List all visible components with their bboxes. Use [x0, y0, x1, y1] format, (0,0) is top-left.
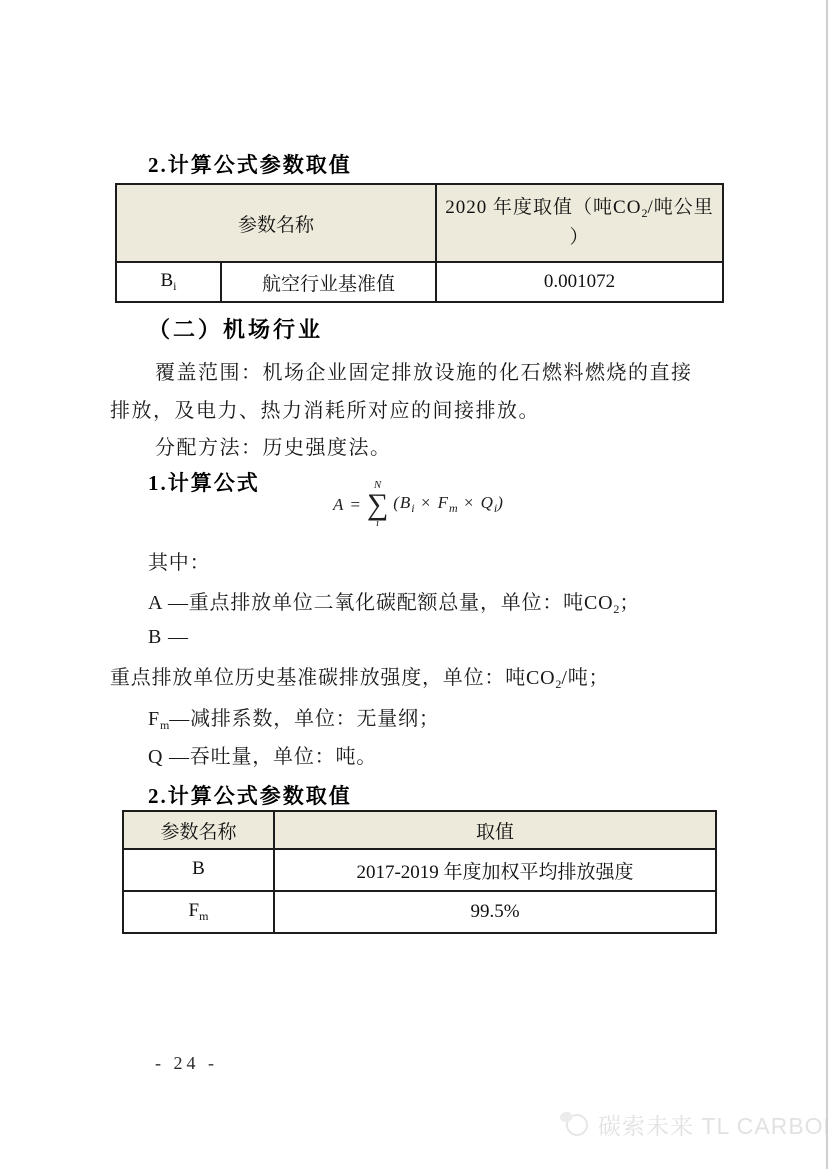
table-header-param-name: 参数名称 — [116, 184, 436, 262]
table-header-2020-value: 2020 年度取值（吨CO2/吨公里 ） — [436, 184, 723, 262]
allocation-method-line: 分配方法：历史强度法。 — [155, 431, 392, 460]
header-value-line1: 2020 年度取值（吨CO2/吨公里 — [441, 193, 718, 223]
allocation-formula: A = N ∑ i (Bi × Fm × Qi) — [115, 480, 722, 529]
definition-b-lead: B — — [148, 626, 189, 649]
section-heading-airport: （二）机场行业 — [148, 313, 323, 344]
page-number: - 24 - — [155, 1053, 218, 1074]
summation-symbol: N ∑ i — [367, 480, 388, 529]
section-heading-params-airport: 2.计算公式参数取值 — [148, 780, 352, 810]
coverage-scope-line2: 排放，及电力、热力消耗所对应的间接排放。 — [110, 394, 540, 423]
coverage-scope-line1: 覆盖范围：机场企业固定排放设施的化石燃料燃烧的直接 — [155, 356, 693, 385]
table-row: Fm 99.5% — [123, 891, 716, 933]
document-page: 2.计算公式参数取值 参数名称 2020 年度取值（吨CO2/吨公里 ） Bi … — [0, 0, 828, 1169]
brand-name: 碳索未来 TL CARBON — [598, 1108, 828, 1141]
table-header-row: 参数名称 2020 年度取值（吨CO2/吨公里 ） — [116, 184, 723, 262]
param-symbol-cell: Fm — [123, 891, 274, 933]
param-name-cell: 航空行业基准值 — [221, 262, 436, 302]
param-value-cell: 0.001072 — [436, 262, 723, 302]
table-row: Bi 航空行业基准值 0.001072 — [116, 262, 723, 302]
param-symbol-cell: B — [123, 849, 274, 891]
brand-watermark: 碳索未来 TL CARBON — [560, 1108, 828, 1141]
brand-logo-icon — [560, 1111, 590, 1139]
table-header-param-name: 参数名称 — [123, 811, 274, 849]
table-row: B 2017-2019 年度加权平均排放强度 — [123, 849, 716, 891]
formula-rhs: (Bi × Fm × Qi) — [393, 493, 504, 516]
section-heading-params-aviation: 2.计算公式参数取值 — [148, 149, 352, 179]
header-value-line2: ） — [441, 223, 718, 253]
table-header-value: 取值 — [274, 811, 716, 849]
param-value-cell: 99.5% — [274, 891, 716, 933]
definition-fm: Fm—减排系数，单位：无量纲； — [148, 702, 440, 733]
param-symbol-cell: Bi — [116, 262, 221, 302]
definition-b-rest: 重点排放单位历史基准碳排放强度，单位：吨CO2/吨； — [110, 661, 609, 692]
where-label: 其中： — [148, 546, 210, 575]
airport-params-table: 参数名称 取值 B 2017-2019 年度加权平均排放强度 Fm 99.5% — [122, 810, 717, 934]
table-header-row: 参数名称 取值 — [123, 811, 716, 849]
definition-a: A —重点排放单位二氧化碳配额总量，单位：吨CO2； — [148, 586, 640, 617]
definition-q: Q —吞吐量，单位：吨。 — [148, 740, 377, 769]
param-value-cell: 2017-2019 年度加权平均排放强度 — [274, 849, 716, 891]
aviation-params-table: 参数名称 2020 年度取值（吨CO2/吨公里 ） Bi 航空行业基准值 0.0… — [115, 183, 724, 303]
formula-lhs: A = — [333, 495, 362, 515]
